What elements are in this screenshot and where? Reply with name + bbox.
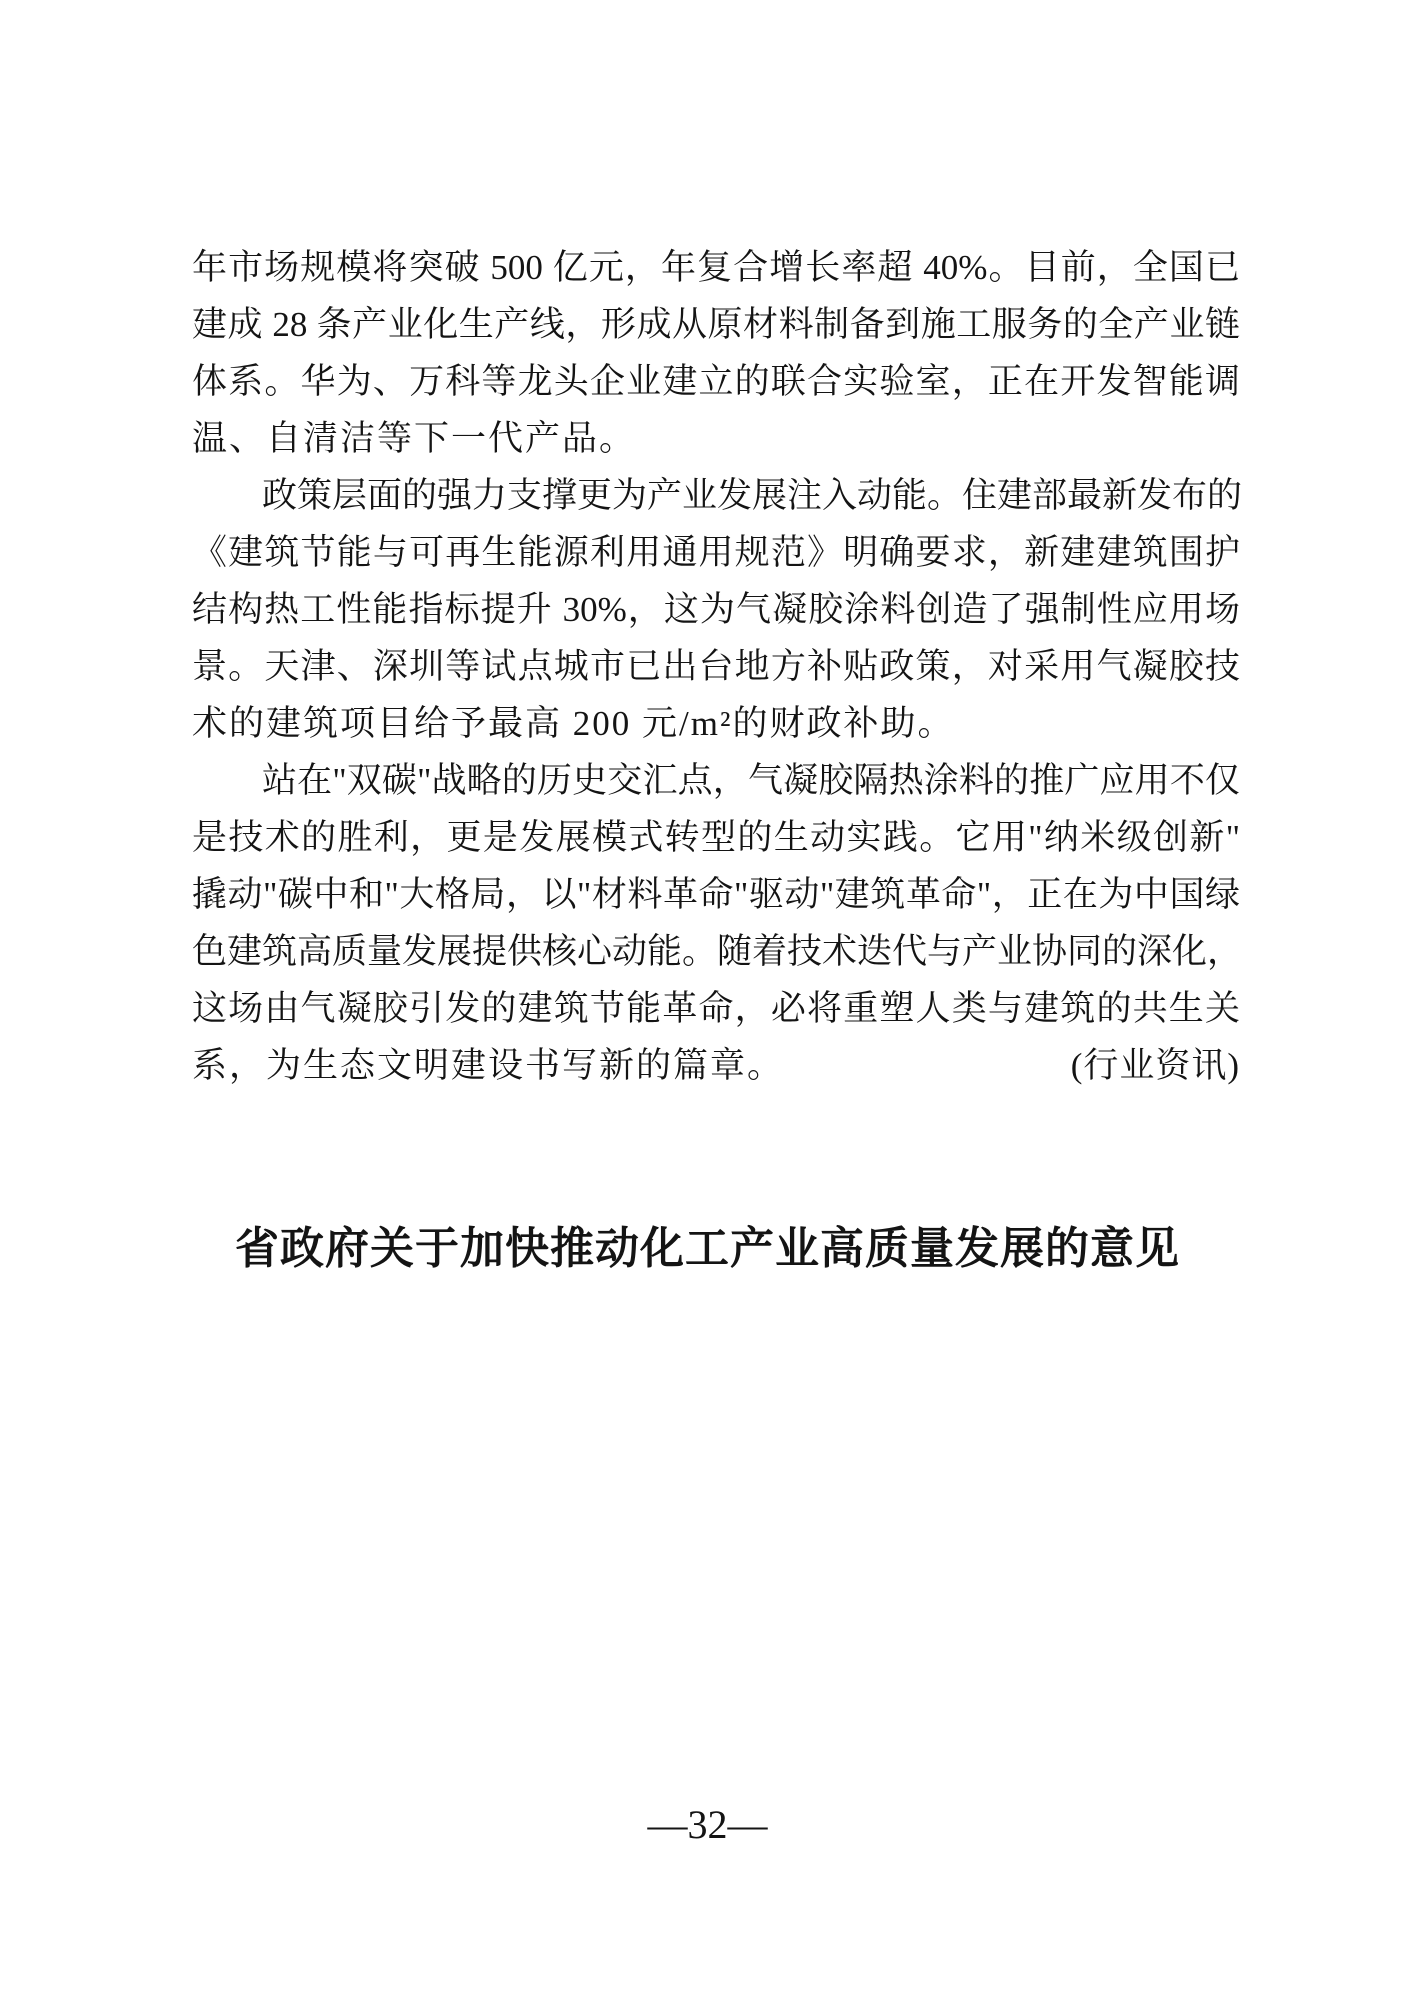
article-line: 景。天津、深圳等试点城市已出台地方补贴政策，对采用气凝胶技 [192,638,1240,695]
article-body: 年市场规模将突破 500 亿元，年复合增长率超 40%。目前，全国已建成 28 … [192,239,1240,1094]
article-line: 温、自清洁等下一代产品。 [192,410,1240,467]
article-line: 系，为生态文明建设书写新的篇章。(行业资讯) [192,1037,1240,1094]
article-line-text: 系，为生态文明建设书写新的篇章。 [192,1037,784,1094]
attribution: (行业资讯) [1071,1037,1240,1094]
article-line: 年市场规模将突破 500 亿元，年复合增长率超 40%。目前，全国已 [192,239,1240,296]
article-line: 色建筑高质量发展提供核心动能。随着技术迭代与产业协同的深化， [192,923,1240,980]
article-line: 结构热工性能指标提升 30%，这为气凝胶涂料创造了强制性应用场 [192,581,1240,638]
article-line: 站在"双碳"战略的历史交汇点，气凝胶隔热涂料的推广应用不仅 [192,752,1240,809]
article-line: 术的建筑项目给予最高 200 元/m²的财政补助。 [192,695,1240,752]
document-page: 年市场规模将突破 500 亿元，年复合增长率超 40%。目前，全国已建成 28 … [0,0,1415,2000]
article-line: 体系。华为、万科等龙头企业建立的联合实验室，正在开发智能调 [192,353,1240,410]
section-heading: 省政府关于加快推动化工产业高质量发展的意见 [0,1220,1415,1278]
article-line: 是技术的胜利，更是发展模式转型的生动实践。它用"纳米级创新" [192,809,1240,866]
article-line: 这场由气凝胶引发的建筑节能革命，必将重塑人类与建筑的共生关 [192,980,1240,1037]
article-line: 政策层面的强力支撑更为产业发展注入动能。住建部最新发布的 [192,467,1240,524]
article-line: 撬动"碳中和"大格局，以"材料革命"驱动"建筑革命"，正在为中国绿 [192,866,1240,923]
article-line: 《建筑节能与可再生能源利用通用规范》明确要求，新建建筑围护 [192,524,1240,581]
article-line: 建成 28 条产业化生产线，形成从原材料制备到施工服务的全产业链 [192,296,1240,353]
page-number: —32— [0,1800,1415,1850]
